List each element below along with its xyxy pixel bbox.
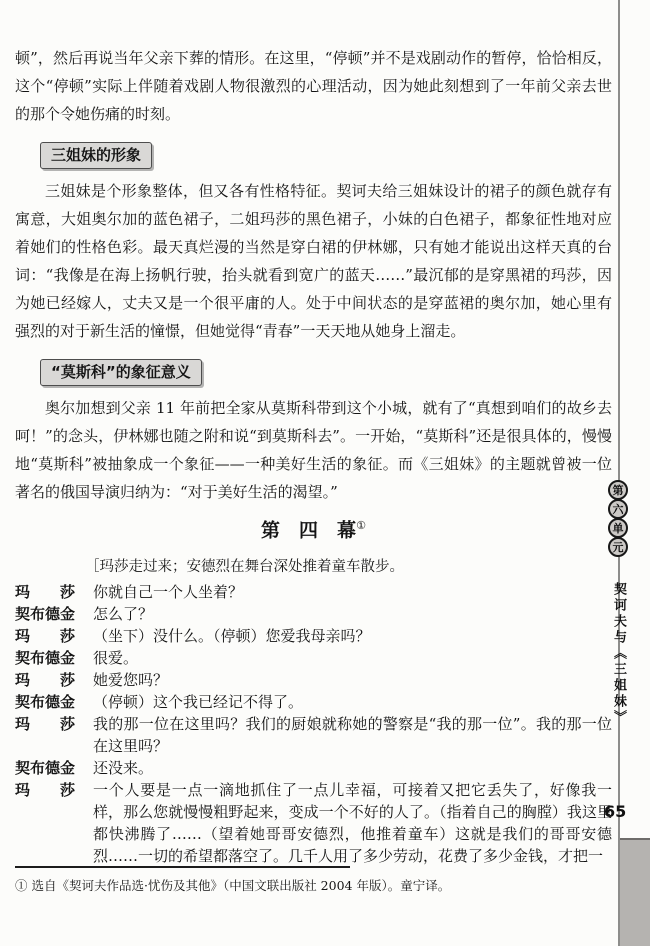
- dialogue-row: 玛 莎 我的那一位在这里吗？我们的厨娘就称她的警察是“我的那一位”。我的那一位在…: [15, 713, 612, 757]
- section-heading-moscow-symbolism: “莫斯科”的象征意义: [40, 359, 202, 386]
- dialogue-speaker: 契布德金: [15, 691, 79, 713]
- dialogue-speaker: 契布德金: [15, 603, 79, 625]
- page-corner-tab: [620, 838, 650, 946]
- dialogue-speaker: 玛 莎: [15, 625, 79, 647]
- dialogue-row: 契布德金 很爱。: [15, 647, 612, 669]
- section-heading-three-sisters-image: 三姐妹的形象: [40, 142, 152, 169]
- dialogue-speech: 怎么了？: [93, 603, 612, 625]
- dialogue-speaker: 契布德金: [15, 647, 79, 669]
- unit-badge-group: 第 六 单 元: [608, 480, 628, 556]
- unit-badge-char-4: 元: [608, 537, 628, 557]
- dialogue-speech: 她爱您吗？: [93, 669, 612, 691]
- dialogue-speaker: 玛 莎: [15, 669, 79, 691]
- dialogue-speaker: 玛 莎: [15, 713, 79, 735]
- section-1-heading-row: 三姐妹的形象: [15, 128, 612, 177]
- unit-badge-char-3: 单: [608, 518, 628, 538]
- dialogue-speech: （停顿）这个我已经记不得了。: [93, 691, 612, 713]
- dialogue-row: 玛 莎 她爱您吗？: [15, 669, 612, 691]
- act-title-footnote-marker: ①: [356, 519, 366, 532]
- unit-badge-char-2: 六: [608, 499, 628, 519]
- footnote-block: ① 选自《契诃夫作品选·忧伤及其他》（中国文联出版社 2004 年版）。童宁译。: [15, 866, 605, 895]
- footnote-text: ① 选自《契诃夫作品选·忧伤及其他》（中国文联出版社 2004 年版）。童宁译。: [15, 877, 605, 895]
- dialogue-row: 玛 莎 （坐下）没什么。（停顿）您爱我母亲吗？: [15, 625, 612, 647]
- dialogue-row: 玛 莎 你就自己一个人坐着？: [15, 581, 612, 603]
- textbook-page: 顿”，然后再说当年父亲下葬的情形。在这里，“停顿”并不是戏剧动作的暂停，恰恰相反…: [0, 0, 650, 946]
- unit-badge-char-1: 第: [608, 480, 628, 500]
- dialogue-row: 玛 莎 一个人要是一点一滴地抓住了一点儿幸福，可接着又把它丢失了，好像我一样，那…: [15, 779, 612, 867]
- dialogue-speech: 还没来。: [93, 757, 612, 779]
- page-content: 顿”，然后再说当年父亲下葬的情形。在这里，“停顿”并不是戏剧动作的暂停，恰恰相反…: [15, 44, 612, 867]
- dialogue-speech: 你就自己一个人坐着？: [93, 581, 612, 603]
- dialogue-list: 玛 莎 你就自己一个人坐着？ 契布德金 怎么了？ 玛 莎 （坐下）没什么。（停顿…: [15, 581, 612, 867]
- dialogue-row: 契布德金 （停顿）这个我已经记不得了。: [15, 691, 612, 713]
- stage-direction: ［玛莎走过来；安德烈在舞台深处推着童车散步。: [85, 556, 612, 579]
- dialogue-row: 契布德金 怎么了？: [15, 603, 612, 625]
- intro-paragraph: 顿”，然后再说当年父亲下葬的情形。在这里，“停顿”并不是戏剧动作的暂停，恰恰相反…: [15, 44, 612, 128]
- dialogue-speech: （坐下）没什么。（停顿）您爱我母亲吗？: [93, 625, 612, 647]
- section-2-body: 奥尔加想到父亲 11 年前把全家从莫斯科带到这个小城，就有了“真想到咱们的故乡去…: [15, 394, 612, 506]
- dialogue-speaker: 玛 莎: [15, 581, 79, 603]
- act-title: 第 四 幕①: [15, 512, 612, 544]
- dialogue-speech: 我的那一位在这里吗？我们的厨娘就称她的警察是“我的那一位”。我的那一位在这里吗？: [93, 713, 612, 757]
- dialogue-speaker: 契布德金: [15, 757, 79, 779]
- dialogue-speech: 很爱。: [93, 647, 612, 669]
- footnote-rule: [15, 866, 350, 868]
- section-1-body: 三姐妹是个形象整体，但又各有性格特征。契诃夫给三姐妹设计的裙子的颜色就存有寓意，…: [15, 177, 612, 345]
- section-2-heading-row: “莫斯科”的象征意义: [15, 345, 612, 394]
- dialogue-speaker: 玛 莎: [15, 779, 79, 801]
- dialogue-speech: 一个人要是一点一滴地抓住了一点儿幸福，可接着又把它丢失了，好像我一样，那么您就慢…: [93, 779, 612, 867]
- side-vertical-title: 契诃夫与《三姐妹》: [609, 582, 628, 726]
- page-number: 65: [604, 802, 626, 821]
- act-title-text: 第 四 幕: [261, 519, 356, 541]
- dialogue-row: 契布德金 还没来。: [15, 757, 612, 779]
